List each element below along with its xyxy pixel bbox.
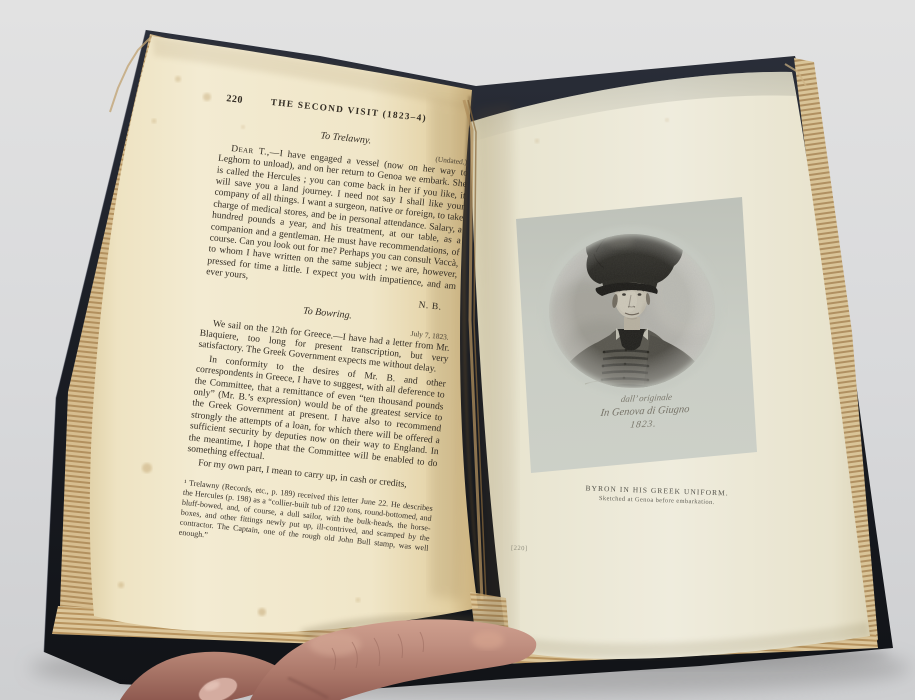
letter-body-text: I have engaged a vessel (now on her way … (206, 149, 469, 292)
book-photo-illustration (0, 0, 915, 700)
letter-body-trelawny: Dear T.,—I have engaged a vessel (now on… (206, 142, 469, 304)
left-page-text: 220 THE SECOND VISIT (1823–4) To Trelawn… (178, 93, 473, 564)
page-number: 220 (226, 93, 244, 107)
book-product-photo: 220 THE SECOND VISIT (1823–4) To Trelawn… (0, 0, 915, 700)
plate-inscription: dall’ originale In Genova di Giugno 1823… (568, 390, 722, 434)
plate-page-reference: [220] (511, 545, 528, 553)
